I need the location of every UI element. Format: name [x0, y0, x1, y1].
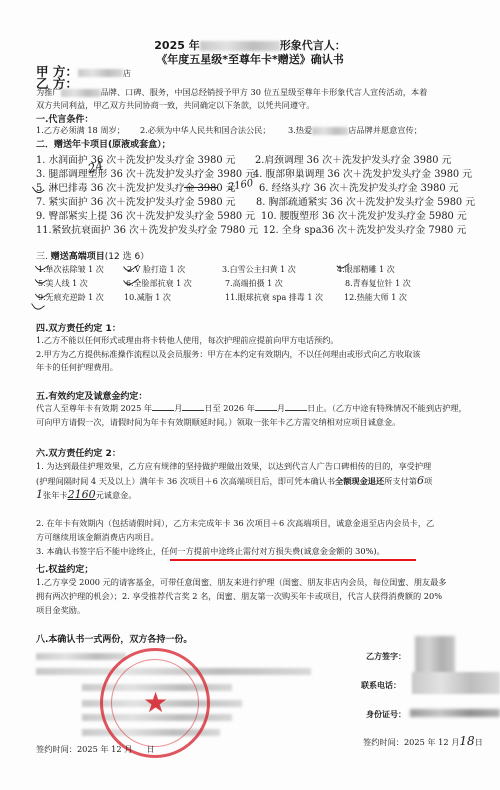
annual-card-item-11: 11.紧致抗衰面护 36 次＋洗发护发头疗金 7980 元 [36, 222, 258, 236]
intro-line-1: 为推广品牌、口碑、服务，中国总经销授予甲方 30 位五星级至尊年卡形象代言人宣传… [36, 86, 427, 99]
party-b-sign-label: 乙方签字： [366, 650, 406, 663]
annual-card-item-1: 1. 水润面护 36 次＋洗发护发头疗金 3980 元 [36, 152, 235, 166]
premium-item-11: 11.眼球抗衰 spa 排毒 1 次 [225, 292, 323, 303]
company-seal: ★ [100, 648, 210, 758]
premium-item-10: 10.减脂 1 次 [124, 292, 171, 303]
premium-item-12: 12.热能大师 1 次 [344, 292, 407, 303]
deposit-clause-line-1: 2. 在年卡有效期内（包括请假时间），乙方未完成年卡 36 次项目＋6 次高端项… [36, 517, 434, 530]
id-number-label: 身份证号： [366, 708, 406, 721]
annual-card-item-10: 10. 腰腹塑形 36 次＋洗发护发头疗金 5980 元 [261, 208, 467, 222]
annual-card-item-8: 8. 胸部疏通紧实 36 次＋洗发护发头疗金 5980 元 [256, 194, 475, 208]
benefit-line-2: 拥有两次护理的机会）；2. 享受推荐代言奖 2 名，闺蜜、朋友第一次购买年卡或项… [36, 590, 442, 603]
refund-clause-line-3: 1张年卡2160元诚意金。 [36, 488, 137, 502]
condition-2: 2.必须为中华人民共和国合法公民； [140, 124, 271, 137]
section-5-heading: 五.有效约定及诚意金约定： [36, 389, 147, 402]
section-2-heading: 二．赠送年卡项目(原液或套盒）； [36, 137, 171, 150]
deposit-clause-line-2: 方可继续用该金额消费店内项目。 [36, 531, 159, 544]
responsibility-2-line-2: 年卡的任何护理费用。 [36, 361, 118, 374]
strikethrough-mark [184, 187, 218, 188]
benefit-line-1: 1.乙方享受 2000 元的请客基金，可带任意闺蜜、朋友来进行护理（闺蜜、朋友非… [36, 576, 446, 589]
party-a-sign-date: 签约时间：2025 年 12 月日 [36, 743, 155, 756]
party-a-info-blurred [36, 653, 126, 660]
annual-card-item-7: 7. 紧实面护 36 次＋洗发护发头疗金 5980 元 [36, 194, 235, 208]
red-underline [170, 559, 416, 561]
responsibility-2-line-1: 2.甲方为乙方提供标准操作流程以及会员服务：甲方在本约定有效期内，不以任何理由或… [36, 348, 420, 361]
section-4-heading: 四.双方责任约定 1： [36, 321, 121, 334]
refund-clause-line-1: 1. 为达到最佳护理效果，乙方应有规律的坚持做护理做出效果，以达到代言人广告口碑… [36, 460, 431, 473]
premium-item-7: 7.高端拍摄 1 次 [225, 278, 283, 289]
phone-value-blurred [412, 672, 500, 694]
condition-1: 1.乙方必须满 18 周岁； [36, 124, 125, 137]
annual-card-item-9: 9. 臀部紧实上提 36 次＋洗发护发头疗金 5980 元 [36, 208, 255, 222]
validity-line-2: 可向甲方请假一次，请假时间为年卡有效期顺延时间。）领取一张年卡乙方需交纳相对应项… [36, 416, 400, 429]
annual-card-item-6: 6. 经络头疗 36 次＋洗发护发头疗金 3980 元 [259, 180, 458, 194]
annual-card-item-2: 2.肩颈调理 36 次＋洗发护发头疗金 3980 元 [255, 152, 451, 166]
intro-line-2: 双方共同利益，甲乙双方共同协商一致，共同确定以下条款，以凭共同遵守。 [36, 99, 314, 112]
termination-clause: 3. 本确认书签字后不能中途终止，任何一方提前中途终止需付对方损失费(诚意金金额… [36, 545, 385, 558]
premium-item-3: 3.白雪公主扫黄 1 次 [222, 264, 296, 275]
id-number-blurred [410, 709, 500, 717]
phone-label: 联系电话： [361, 679, 401, 692]
section-8-heading: 八.本确认书一式两份，双方各持一份。 [36, 632, 192, 645]
annual-card-item-4: 4. 腹部卵巢调理 36 次＋洗发护发头疗金 3980 元 [253, 166, 472, 180]
premium-item-8: 8.青春复位针 1 次 [345, 278, 411, 289]
responsibility-1: 1.乙方不能以任何形式或理由将卡转他人使用，每次护理前应提前向甲方电话预约。 [36, 334, 339, 347]
section-6-heading: 六.双方责任约定 2： [36, 446, 121, 459]
party-b-sign-date: 签约时间：2025 年 12 月18日 [363, 735, 483, 749]
annual-card-item-3: 3. 腿部调理塑形 36 次＋洗发护发头疗金 3980 元 [36, 166, 255, 180]
annual-card-item-12: 12. 全身 spa36 次＋洗发护发头疗金 7980 元 [263, 222, 466, 236]
star-icon: ★ [143, 689, 168, 717]
refund-clause-line-2: (护理间隔时间 4 天及以上）满年卡 36 次项目＋6 次高端项目后，即可凭本确… [36, 474, 432, 488]
contract-page: 2025 年形象代言人： 《年度五星级*至尊年卡*赠送》确认书 甲 方：店 乙 … [0, 0, 500, 790]
section-7-heading: 七.权益约定； [36, 562, 93, 575]
condition-3: 3.热爱店品牌并愿意宣传； [288, 124, 422, 137]
benefit-line-3: 项目金奖励。 [36, 604, 85, 617]
validity-line-1: 代言人至尊年卡有效期 2025 年月日至 2026 年月日止。（乙方中途有特殊情… [36, 402, 467, 415]
